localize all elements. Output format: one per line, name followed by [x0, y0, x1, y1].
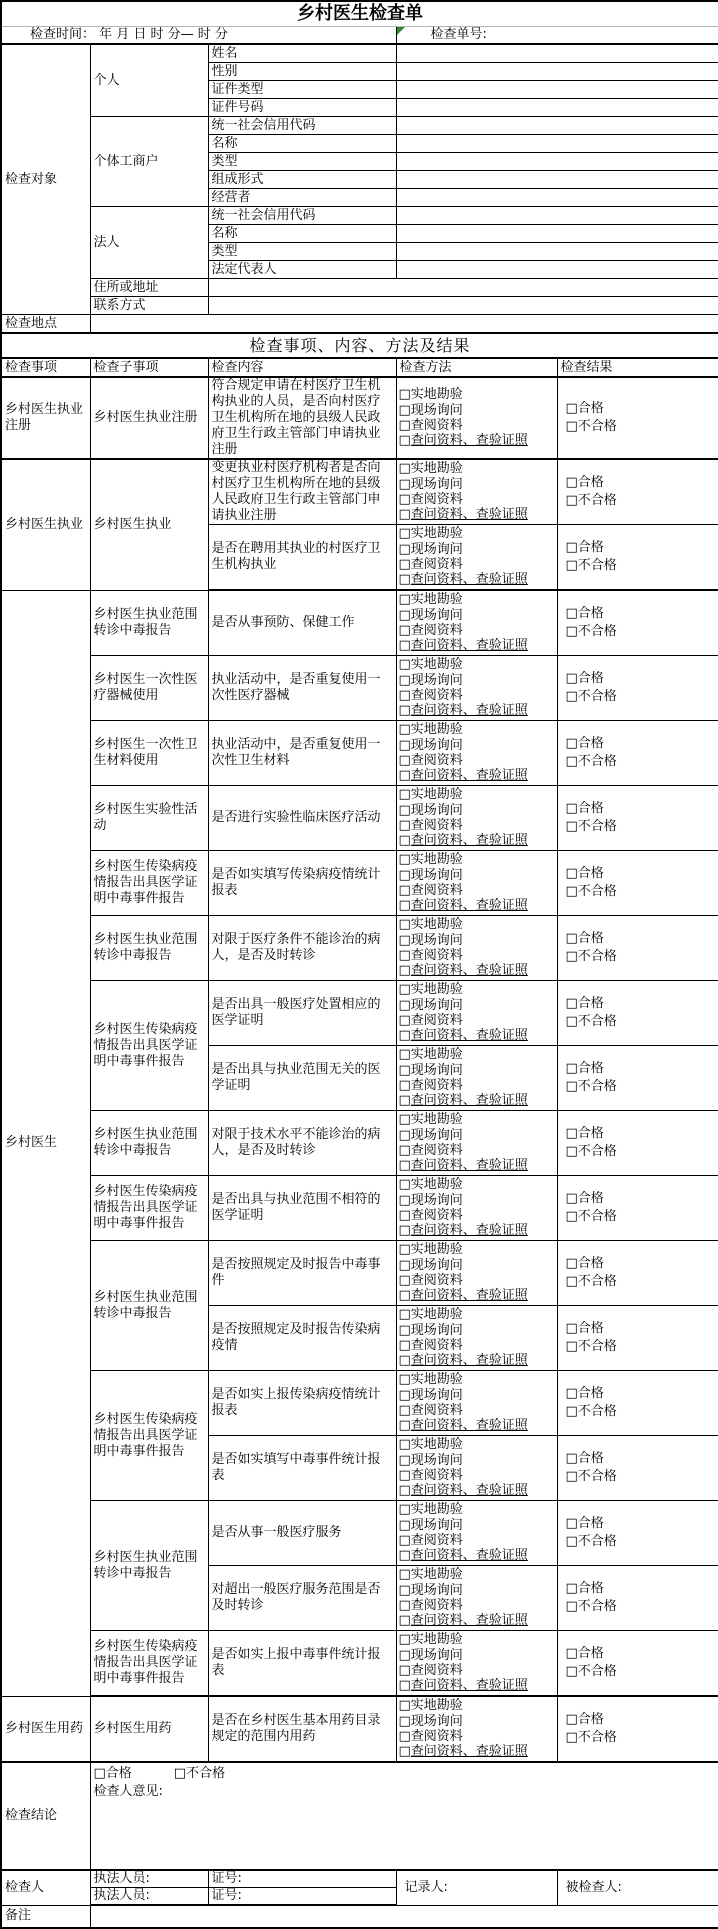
field-value-cell[interactable] — [396, 207, 718, 225]
method-checkbox[interactable]: □ — [399, 738, 411, 753]
result-checkbox[interactable]: □ — [566, 1646, 578, 1661]
method-label: 查阅资料 — [411, 948, 463, 963]
result-checkbox[interactable]: □ — [566, 1014, 578, 1029]
method-label: 查阅资料 — [411, 1533, 463, 1548]
method-checkbox[interactable]: □ — [399, 557, 411, 572]
check-number-field[interactable]: 检查单号: — [396, 27, 718, 45]
result-checkbox[interactable]: □ — [566, 401, 578, 416]
result-checkbox[interactable]: □ — [566, 1516, 578, 1531]
result-checkbox[interactable]: □ — [566, 736, 578, 751]
result-label: 不合格 — [578, 689, 617, 704]
field-label: 类型 — [208, 243, 396, 261]
result-checkbox[interactable]: □ — [566, 475, 578, 490]
method-label: 实地勘验 — [411, 1632, 463, 1647]
col-header-content: 检查内容 — [208, 358, 396, 377]
result-checkbox[interactable]: □ — [566, 1079, 578, 1094]
officer-field[interactable]: 执法人员: — [90, 1870, 208, 1888]
result-checkbox[interactable]: □ — [566, 884, 578, 899]
method-checkbox[interactable]: □ — [399, 948, 411, 963]
content-cell: 是否在聘用其执业的村医疗卫生机构执业 — [208, 525, 396, 591]
result-checkbox[interactable]: □ — [566, 801, 578, 816]
method-checkbox[interactable]: □ — [399, 418, 411, 433]
method-checkbox[interactable]: □ — [399, 1338, 411, 1353]
methods-cell: □实地勘验□现场询问□查阅资料□查问资料、查验证照 — [396, 1501, 557, 1566]
result-cell: □合格□不合格 — [557, 916, 718, 981]
col-header-method: 检查方法 — [396, 358, 557, 377]
content-cell: 是否按照规定及时报告中毒事件 — [208, 1241, 396, 1306]
method-label: 查阅资料 — [411, 688, 463, 703]
method-label: 查问资料、查验证照 — [411, 1548, 528, 1563]
result-checkbox[interactable]: □ — [566, 866, 578, 881]
method-checkbox[interactable]: □ — [399, 1648, 411, 1663]
method-checkbox[interactable]: □ — [399, 963, 411, 978]
sub-item-cell: 乡村医生传染病疫情报告出具医学证明中毒事件报告 — [90, 1176, 208, 1241]
method-label: 实地勘验 — [411, 787, 463, 802]
method-checkbox[interactable]: □ — [399, 1729, 411, 1744]
method-label: 查问资料、查验证照 — [411, 703, 528, 718]
result-checkbox[interactable]: □ — [566, 1061, 578, 1076]
method-checkbox[interactable]: □ — [399, 1483, 411, 1498]
field-value-cell[interactable] — [396, 243, 718, 261]
method-label: 查问资料、查验证照 — [411, 1678, 528, 1693]
content-cell: 符合规定申请在村医疗卫生机构执业的人员，是否向村医疗卫生机构所在地的县级人民政府… — [208, 377, 396, 459]
method-label: 查阅资料 — [411, 1078, 463, 1093]
methods-cell: □实地勘验□现场询问□查阅资料□查问资料、查验证照 — [396, 1696, 557, 1762]
methods-cell: □实地勘验□现场询问□查阅资料□查问资料、查验证照 — [396, 1566, 557, 1631]
field-value-cell[interactable] — [396, 153, 718, 171]
method-checkbox[interactable]: □ — [399, 722, 411, 737]
result-label: 不合格 — [578, 1209, 617, 1224]
result-cell: □合格□不合格 — [557, 1566, 718, 1631]
method-checkbox[interactable]: □ — [399, 638, 411, 653]
result-label: 合格 — [578, 736, 604, 751]
method-label: 查问资料、查验证照 — [411, 1093, 528, 1108]
method-checkbox[interactable]: □ — [399, 1128, 411, 1143]
result-label: 不合格 — [578, 1469, 617, 1484]
method-checkbox[interactable]: □ — [399, 688, 411, 703]
method-checkbox[interactable]: □ — [399, 998, 411, 1013]
method-checkbox[interactable]: □ — [399, 1388, 411, 1403]
field-label: 类型 — [208, 153, 396, 171]
result-cell: □合格□不合格 — [557, 1046, 718, 1111]
field-label: 统一社会信用代码 — [208, 207, 396, 225]
content-cell: 是否进行实验性临床医疗活动 — [208, 786, 396, 851]
result-checkbox[interactable]: □ — [566, 1386, 578, 1401]
method-label: 查阅资料 — [411, 418, 463, 433]
content-cell: 是否从事一般医疗服务 — [208, 1501, 396, 1566]
field-value-cell[interactable] — [396, 171, 718, 189]
result-checkbox[interactable]: □ — [566, 1274, 578, 1289]
result-label: 合格 — [578, 1712, 604, 1727]
method-checkbox[interactable]: □ — [399, 1598, 411, 1613]
method-checkbox[interactable]: □ — [399, 1518, 411, 1533]
result-label: 不合格 — [578, 884, 617, 899]
method-checkbox[interactable]: □ — [399, 1437, 411, 1452]
method-checkbox[interactable]: □ — [399, 1502, 411, 1517]
field-value-cell[interactable] — [208, 297, 718, 315]
method-checkbox[interactable]: □ — [399, 917, 411, 932]
method-label: 查阅资料 — [411, 1468, 463, 1483]
method-label: 查阅资料 — [411, 1403, 463, 1418]
item-cell: 乡村医生执业注册 — [1, 377, 90, 459]
method-checkbox[interactable]: □ — [399, 542, 411, 557]
conclusion-pass-checkbox[interactable]: □合格 — [94, 1766, 132, 1781]
conclusion-content-cell[interactable]: □合格□不合格 检查人意见: — [90, 1762, 718, 1870]
method-label: 实地勘验 — [411, 1502, 463, 1517]
conclusion-fail-checkbox[interactable]: □不合格 — [174, 1766, 225, 1781]
method-label: 查阅资料 — [411, 492, 463, 507]
result-checkbox[interactable]: □ — [566, 624, 578, 639]
sub-item-cell: 乡村医生传染病疫情报告出具医学证明中毒事件报告 — [90, 981, 208, 1111]
method-checkbox[interactable]: □ — [399, 1663, 411, 1678]
result-label: 不合格 — [578, 949, 617, 964]
result-checkbox[interactable]: □ — [566, 1144, 578, 1159]
method-checkbox[interactable]: □ — [399, 572, 411, 587]
result-checkbox[interactable]: □ — [566, 1469, 578, 1484]
result-checkbox[interactable]: □ — [566, 671, 578, 686]
method-label: 查阅资料 — [411, 1273, 463, 1288]
method-checkbox[interactable]: □ — [399, 461, 411, 476]
content-cell: 是否出具一般医疗处置相应的医学证明 — [208, 981, 396, 1046]
method-label: 现场询问 — [411, 738, 463, 753]
method-label: 查阅资料 — [411, 557, 463, 572]
method-checkbox[interactable]: □ — [399, 1013, 411, 1028]
methods-cell: □实地勘验□现场询问□查阅资料□查问资料、查验证照 — [396, 1111, 557, 1176]
inspection-form: 乡村医生检查单 检查时间： 年 月 日 时 分— 时 分 检查单号: 检查对象 … — [0, 0, 718, 1929]
result-checkbox[interactable]: □ — [566, 540, 578, 555]
result-checkbox[interactable]: □ — [566, 996, 578, 1011]
check-time-field[interactable]: 检查时间： 年 月 日 时 分— 时 分 — [1, 27, 396, 45]
field-value-cell[interactable] — [396, 63, 718, 81]
result-label: 合格 — [578, 671, 604, 686]
method-checkbox[interactable]: □ — [399, 1632, 411, 1647]
content-cell: 是否从事预防、保健工作 — [208, 590, 396, 656]
method-checkbox[interactable]: □ — [399, 818, 411, 833]
method-label: 现场询问 — [411, 1388, 463, 1403]
method-checkbox[interactable]: □ — [399, 1567, 411, 1582]
methods-cell: □实地勘验□现场询问□查阅资料□查问资料、查验证照 — [396, 656, 557, 721]
remark-label: 备注 — [1, 1905, 90, 1928]
result-checkbox[interactable]: □ — [566, 558, 578, 573]
field-label: 名称 — [208, 225, 396, 243]
method-label: 查问资料、查验证照 — [411, 1158, 528, 1173]
subject-label: 检查对象 — [1, 44, 90, 315]
result-label: 不合格 — [578, 624, 617, 639]
field-value-cell[interactable] — [396, 225, 718, 243]
methods-cell: □实地勘验□现场询问□查阅资料□查问资料、查验证照 — [396, 981, 557, 1046]
method-checkbox[interactable]: □ — [399, 1583, 411, 1598]
item-cell: 乡村医生用药 — [1, 1696, 90, 1762]
subject-group-business: 个体工商户 — [90, 117, 208, 207]
result-checkbox[interactable]: □ — [566, 1581, 578, 1596]
method-label: 现场询问 — [411, 803, 463, 818]
inspected-person-field[interactable]: 被检查人: — [557, 1870, 718, 1905]
result-checkbox[interactable]: □ — [566, 606, 578, 621]
content-cell: 对限于医疗条件不能诊治的病人，是否及时转诊 — [208, 916, 396, 981]
recorder-field[interactable]: 记录人: — [396, 1870, 557, 1905]
content-cell: 对限于技术水平不能诊治的病人，是否及时转诊 — [208, 1111, 396, 1176]
result-checkbox[interactable]: □ — [566, 819, 578, 834]
field-value-cell[interactable] — [208, 279, 718, 297]
check-number-label: 检查单号: — [431, 27, 487, 42]
method-label: 实地勘验 — [411, 592, 463, 607]
method-checkbox[interactable]: □ — [399, 803, 411, 818]
method-checkbox[interactable]: □ — [399, 1403, 411, 1418]
result-cell: □合格□不合格 — [557, 1176, 718, 1241]
method-label: 查问资料、查验证照 — [411, 833, 528, 848]
field-value-cell[interactable] — [396, 261, 718, 279]
method-checkbox[interactable]: □ — [399, 507, 411, 522]
method-checkbox[interactable]: □ — [399, 1193, 411, 1208]
method-checkbox[interactable]: □ — [399, 492, 411, 507]
comment-marker-icon — [397, 27, 405, 35]
result-label: 合格 — [578, 1191, 604, 1206]
field-value-cell[interactable] — [396, 44, 718, 63]
method-checkbox[interactable]: □ — [399, 883, 411, 898]
content-cell: 是否如实填写中毒事件统计报表 — [208, 1436, 396, 1501]
result-label: 合格 — [578, 475, 604, 490]
method-checkbox[interactable]: □ — [399, 1714, 411, 1729]
contact-label: 联系方式 — [90, 297, 208, 315]
method-label: 实地勘验 — [411, 1177, 463, 1192]
method-checkbox[interactable]: □ — [399, 982, 411, 997]
result-label: 合格 — [578, 401, 604, 416]
method-checkbox[interactable]: □ — [399, 608, 411, 623]
field-label: 证件号码 — [208, 99, 396, 117]
result-checkbox[interactable]: □ — [566, 1730, 578, 1745]
result-label: 不合格 — [578, 493, 617, 508]
result-cell: □合格□不合格 — [557, 377, 718, 459]
result-cell: □合格□不合格 — [557, 1436, 718, 1501]
result-checkbox[interactable]: □ — [566, 949, 578, 964]
content-cell: 对超出一般医疗服务范围是否及时转诊 — [208, 1566, 396, 1631]
method-label: 查阅资料 — [411, 1013, 463, 1028]
method-label: 查阅资料 — [411, 753, 463, 768]
result-checkbox[interactable]: □ — [566, 1256, 578, 1271]
result-checkbox[interactable]: □ — [566, 1712, 578, 1727]
subject-group-legal: 法人 — [90, 207, 208, 279]
result-label: 不合格 — [578, 1599, 617, 1614]
result-checkbox[interactable]: □ — [566, 1664, 578, 1679]
method-checkbox[interactable]: □ — [399, 1613, 411, 1628]
method-label: 查阅资料 — [411, 1663, 463, 1678]
method-label: 现场询问 — [411, 477, 463, 492]
result-checkbox[interactable]: □ — [566, 1191, 578, 1206]
section-banner: 检查事项、内容、方法及结果 — [1, 333, 718, 358]
content-cell: 是否按照规定及时报告传染病疫情 — [208, 1306, 396, 1371]
address-label: 住所或地址 — [90, 279, 208, 297]
methods-cell: □实地勘验□现场询问□查阅资料□查问资料、查验证照 — [396, 721, 557, 786]
result-checkbox[interactable]: □ — [566, 754, 578, 769]
method-checkbox[interactable]: □ — [399, 1273, 411, 1288]
method-checkbox[interactable]: □ — [399, 1223, 411, 1238]
method-checkbox[interactable]: □ — [399, 1678, 411, 1693]
method-label: 查阅资料 — [411, 1143, 463, 1158]
sub-item-cell: 乡村医生实验性活动 — [90, 786, 208, 851]
field-value-cell[interactable] — [90, 315, 718, 334]
conclusion-label: 检查结论 — [1, 1762, 90, 1870]
method-checkbox[interactable]: □ — [399, 1047, 411, 1062]
method-label: 实地勘验 — [411, 982, 463, 997]
method-checkbox[interactable]: □ — [399, 387, 411, 402]
result-checkbox[interactable]: □ — [566, 931, 578, 946]
method-label: 查问资料、查验证照 — [411, 1288, 528, 1303]
method-checkbox[interactable]: □ — [399, 1242, 411, 1257]
method-label: 现场询问 — [411, 403, 463, 418]
method-label: 查问资料、查验证照 — [411, 1483, 528, 1498]
method-checkbox[interactable]: □ — [399, 868, 411, 883]
method-label: 查问资料、查验证照 — [411, 963, 528, 978]
method-checkbox[interactable]: □ — [399, 1143, 411, 1158]
methods-cell: □实地勘验□现场询问□查阅资料□查问资料、查验证照 — [396, 916, 557, 981]
methods-cell: □实地勘验□现场询问□查阅资料□查问资料、查验证照 — [396, 1371, 557, 1436]
method-checkbox[interactable]: □ — [399, 933, 411, 948]
method-checkbox[interactable]: □ — [399, 787, 411, 802]
method-checkbox[interactable]: □ — [399, 1158, 411, 1173]
method-label: 实地勘验 — [411, 1567, 463, 1582]
result-cell: □合格□不合格 — [557, 1306, 718, 1371]
result-checkbox[interactable]: □ — [566, 1126, 578, 1141]
method-checkbox[interactable]: □ — [399, 833, 411, 848]
method-checkbox[interactable]: □ — [399, 852, 411, 867]
sub-item-cell: 乡村医生执业范围转诊中毒报告 — [90, 1241, 208, 1371]
result-label: 合格 — [578, 801, 604, 816]
method-checkbox[interactable]: □ — [399, 1548, 411, 1563]
field-value-cell[interactable] — [396, 99, 718, 117]
method-checkbox[interactable]: □ — [399, 1078, 411, 1093]
remark-value-cell[interactable] — [90, 1905, 718, 1928]
method-checkbox[interactable]: □ — [399, 623, 411, 638]
result-checkbox[interactable]: □ — [566, 1209, 578, 1224]
result-label: 合格 — [578, 1646, 604, 1661]
result-label: 不合格 — [578, 819, 617, 834]
field-label: 证件类型 — [208, 81, 396, 99]
method-label: 实地勘验 — [411, 1112, 463, 1127]
result-label: 合格 — [578, 1321, 604, 1336]
method-label: 实地勘验 — [411, 526, 463, 541]
result-label: 合格 — [578, 996, 604, 1011]
field-value-cell[interactable] — [396, 135, 718, 153]
methods-cell: □实地勘验□现场询问□查阅资料□查问资料、查验证照 — [396, 377, 557, 459]
method-label: 查问资料、查验证照 — [411, 507, 528, 522]
method-checkbox[interactable]: □ — [399, 1288, 411, 1303]
method-checkbox[interactable]: □ — [399, 526, 411, 541]
method-checkbox[interactable]: □ — [399, 1353, 411, 1368]
result-checkbox[interactable]: □ — [566, 1534, 578, 1549]
method-checkbox[interactable]: □ — [399, 592, 411, 607]
result-cell: □合格□不合格 — [557, 1371, 718, 1436]
method-checkbox[interactable]: □ — [399, 657, 411, 672]
field-label: 性别 — [208, 63, 396, 81]
content-cell: 是否如实上报中毒事件统计报表 — [208, 1631, 396, 1697]
method-checkbox[interactable]: □ — [399, 1372, 411, 1387]
method-checkbox[interactable]: □ — [399, 1323, 411, 1338]
result-checkbox[interactable]: □ — [566, 689, 578, 704]
method-checkbox[interactable]: □ — [399, 1112, 411, 1127]
method-checkbox[interactable]: □ — [399, 1258, 411, 1273]
method-checkbox[interactable]: □ — [399, 673, 411, 688]
result-label: 合格 — [578, 1581, 604, 1596]
result-label: 合格 — [578, 1451, 604, 1466]
field-label: 法定代表人 — [208, 261, 396, 279]
method-checkbox[interactable]: □ — [399, 477, 411, 492]
result-checkbox[interactable]: □ — [566, 493, 578, 508]
result-label: 不合格 — [578, 1079, 617, 1094]
result-label: 合格 — [578, 1256, 604, 1271]
method-label: 查问资料、查验证照 — [411, 1744, 528, 1759]
method-checkbox[interactable]: □ — [399, 1418, 411, 1433]
result-checkbox[interactable]: □ — [566, 419, 578, 434]
method-checkbox[interactable]: □ — [399, 1698, 411, 1713]
method-label: 查阅资料 — [411, 1598, 463, 1613]
officer-field[interactable]: 执法人员: — [90, 1888, 208, 1906]
inspector-opinion-label: 检查人意见: — [94, 1783, 716, 1801]
method-label: 查问资料、查验证照 — [411, 1028, 528, 1043]
method-label: 实地勘验 — [411, 657, 463, 672]
method-checkbox[interactable]: □ — [399, 1063, 411, 1078]
method-label: 查问资料、查验证照 — [411, 572, 528, 587]
method-checkbox[interactable]: □ — [399, 898, 411, 913]
sub-item-cell: 乡村医生传染病疫情报告出具医学证明中毒事件报告 — [90, 851, 208, 916]
field-value-cell[interactable] — [396, 117, 718, 135]
result-checkbox[interactable]: □ — [566, 1451, 578, 1466]
method-checkbox[interactable]: □ — [399, 433, 411, 448]
method-checkbox[interactable]: □ — [399, 1177, 411, 1192]
method-checkbox[interactable]: □ — [399, 1307, 411, 1322]
method-checkbox[interactable]: □ — [399, 1093, 411, 1108]
col-header-item: 检查事项 — [1, 358, 90, 377]
methods-cell: □实地勘验□现场询问□查阅资料□查问资料、查验证照 — [396, 1436, 557, 1501]
result-label: 不合格 — [578, 558, 617, 573]
method-checkbox[interactable]: □ — [399, 703, 411, 718]
method-checkbox[interactable]: □ — [399, 1028, 411, 1043]
location-label: 检查地点 — [1, 315, 90, 334]
method-label: 查问资料、查验证照 — [411, 1223, 528, 1238]
method-checkbox[interactable]: □ — [399, 768, 411, 783]
result-checkbox[interactable]: □ — [566, 1599, 578, 1614]
method-label: 现场询问 — [411, 933, 463, 948]
method-checkbox[interactable]: □ — [399, 403, 411, 418]
field-value-cell[interactable] — [396, 189, 718, 207]
result-checkbox[interactable]: □ — [566, 1404, 578, 1419]
method-checkbox[interactable]: □ — [399, 1453, 411, 1468]
methods-cell: □实地勘验□现场询问□查阅资料□查问资料、查验证照 — [396, 525, 557, 591]
sub-item-cell: 乡村医生执业范围转诊中毒报告 — [90, 916, 208, 981]
cert-number-field[interactable]: 证号: — [208, 1870, 396, 1888]
method-label: 现场询问 — [411, 998, 463, 1013]
method-label: 查问资料、查验证照 — [411, 768, 528, 783]
method-label: 现场询问 — [411, 1714, 463, 1729]
result-cell: □合格□不合格 — [557, 590, 718, 656]
method-label: 实地勘验 — [411, 1047, 463, 1062]
method-checkbox[interactable]: □ — [399, 1208, 411, 1223]
method-label: 现场询问 — [411, 1648, 463, 1663]
method-label: 现场询问 — [411, 673, 463, 688]
cert-number-field[interactable]: 证号: — [208, 1888, 396, 1906]
result-checkbox[interactable]: □ — [566, 1339, 578, 1354]
result-cell: □合格□不合格 — [557, 1696, 718, 1762]
method-checkbox[interactable]: □ — [399, 753, 411, 768]
method-checkbox[interactable]: □ — [399, 1744, 411, 1759]
result-label: 不合格 — [578, 1144, 617, 1159]
method-label: 实地勘验 — [411, 917, 463, 932]
field-label: 姓名 — [208, 44, 396, 63]
method-label: 查问资料、查验证照 — [411, 1418, 528, 1433]
method-checkbox[interactable]: □ — [399, 1468, 411, 1483]
field-value-cell[interactable] — [396, 81, 718, 99]
method-checkbox[interactable]: □ — [399, 1533, 411, 1548]
result-checkbox[interactable]: □ — [566, 1321, 578, 1336]
